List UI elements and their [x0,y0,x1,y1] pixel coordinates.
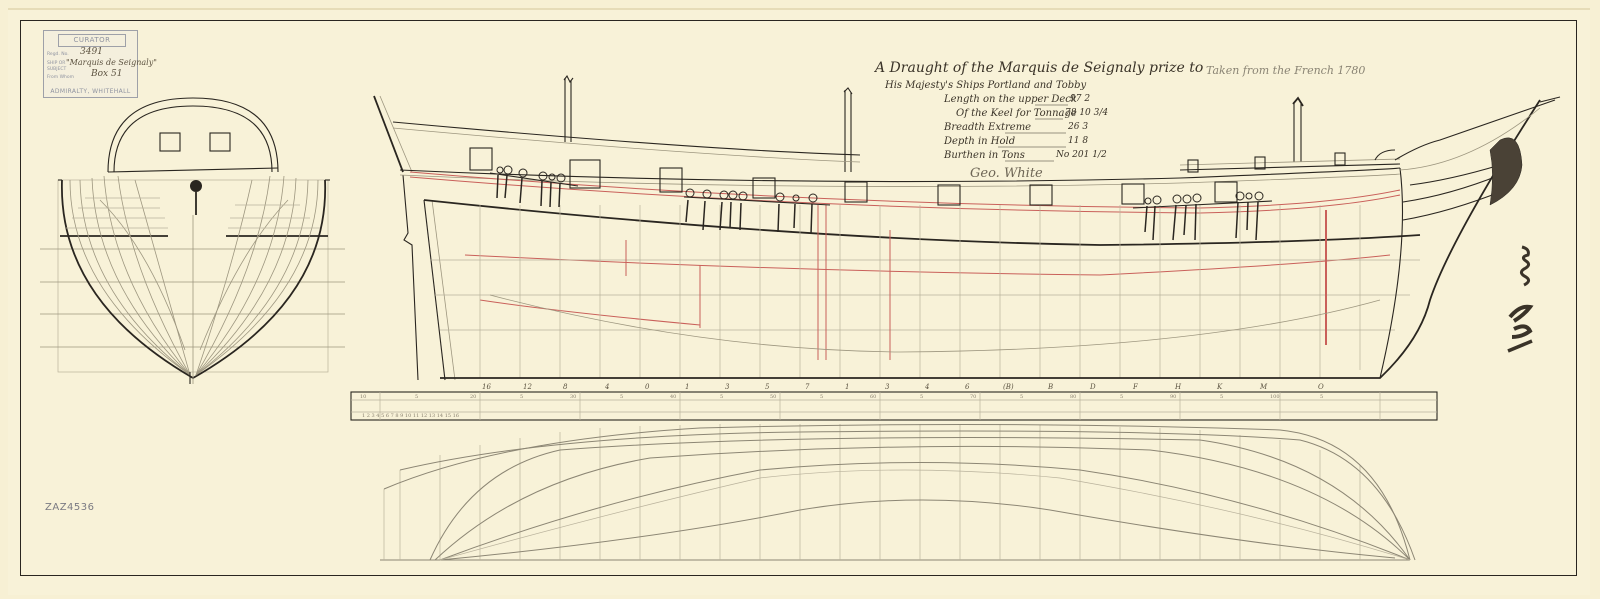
margin-annotation-glyphs [1500,245,1540,355]
signature: Geo. White [970,166,1043,181]
drawing-sheet: .ink { stroke: #2a2620; fill: none; stro… [0,0,1600,599]
catalog-number: ZAZ4536 [45,502,95,513]
spec-leader-lines [0,0,1600,599]
margin-annotation [1500,245,1540,355]
